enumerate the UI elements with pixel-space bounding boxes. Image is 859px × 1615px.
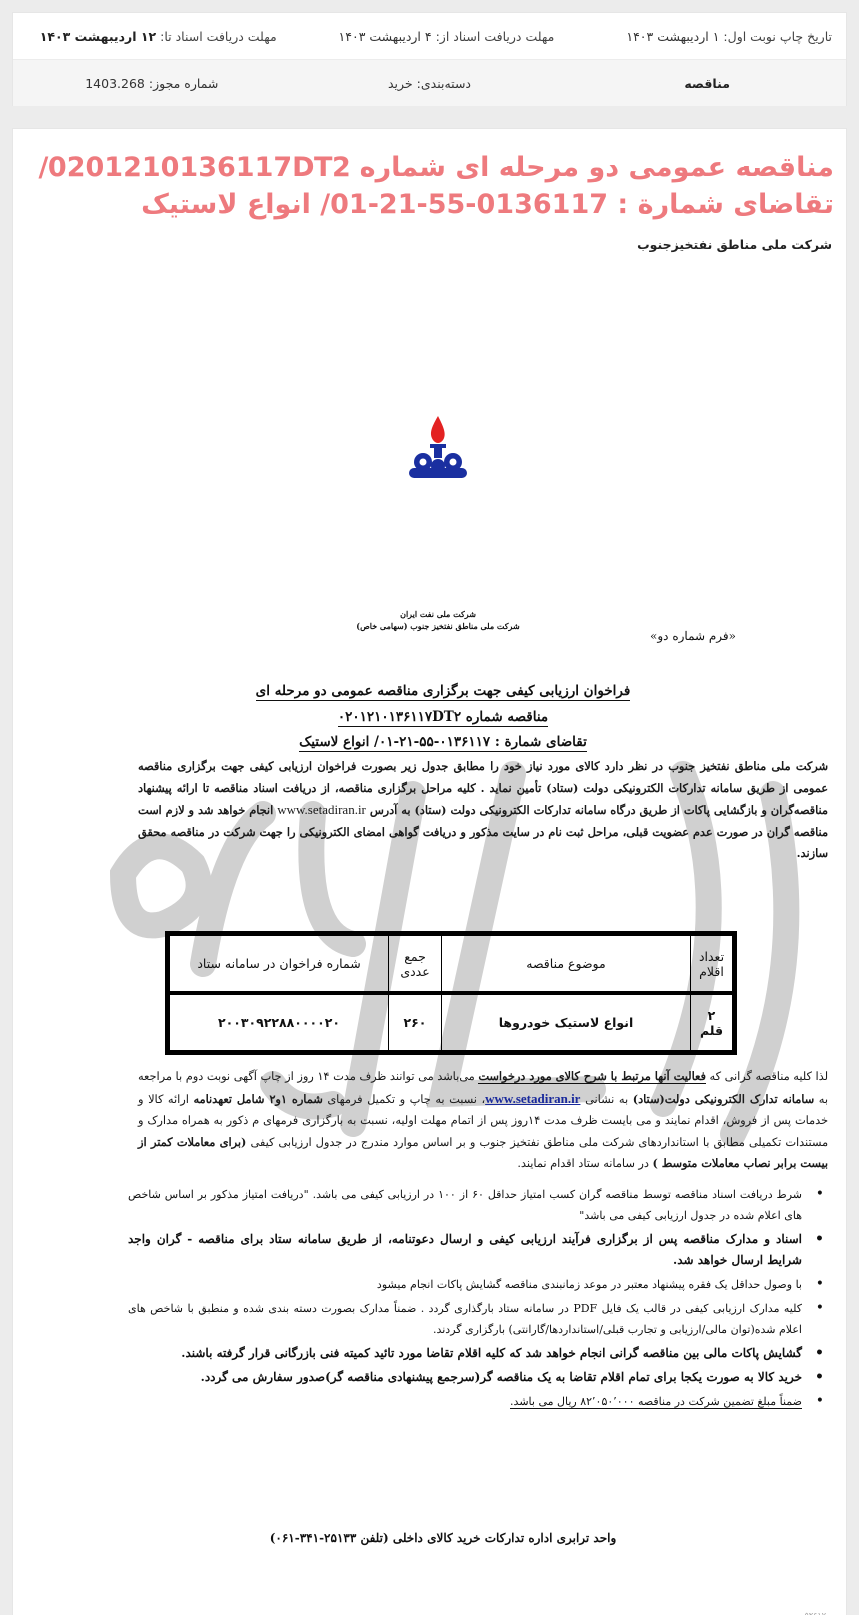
form-number: «فرم شماره دو»	[650, 629, 736, 643]
col-call-number: شماره فراخوان در سامانه ستاد	[168, 934, 389, 994]
doc-request-number: تقاضای شمارة : ۰۱۳۶۱۱۷-۵۵-۲۱-۰۱/ انواع ل…	[193, 734, 693, 750]
list-item: شرط دریافت اسناد مناقصه توسط مناقصه گران…	[128, 1184, 802, 1226]
page-number: ۵۲۶۱۷	[805, 1611, 826, 1615]
col-item-count: تعداد اقلام	[691, 934, 735, 994]
tender-table: تعداد اقلام موضوع مناقصه جمع عددی شماره …	[165, 931, 737, 1055]
list-item: با وصول حداقل یک فقره پیشنهاد معتبر در م…	[128, 1274, 802, 1295]
list-item: گشایش پاکات مالی بین مناقصه گرانی انجام …	[128, 1343, 802, 1364]
list-item: ضمناً مبلغ تضمین شرکت در مناقصه ۸۲٬۰۵۰٬۰…	[128, 1391, 802, 1412]
logo-caption-nisoc: شرکت ملی مناطق نفتخیز جنوب (سهامی خاص)	[338, 621, 538, 631]
tender-type: مناقصه	[568, 76, 846, 91]
scanned-document: شرکت ملی نفت ایران شرکت ملی مناطق نفتخیز…	[13, 269, 846, 1569]
receive-from: مهلت دریافت اسناد از: ۴ اردیبهشت ۱۴۰۳	[291, 29, 569, 44]
receive-to: مهلت دریافت اسناد تا: ۱۲ اردیبهشت ۱۴۰۳	[13, 29, 291, 44]
contact-footer: واحد ترابری اداره تدارکات خرید کالای داخ…	[233, 1531, 653, 1545]
setadiran-url: www.setadiran.ir	[277, 802, 366, 817]
doc-tender-number: مناقصه شماره ۰۲۰۱۲۱۰۱۳۶۱۱۷DT۲	[193, 709, 693, 725]
tender-detail-card: مناقصه عمومی دو مرحله ای شماره 020121013…	[12, 128, 847, 1615]
doc-title: فراخوان ارزیابی کیفی جهت برگزاری مناقصه …	[193, 683, 693, 699]
tender-info-card: تاریخ چاپ نوبت اول: ۱ اردیبهشت ۱۴۰۳ مهلت…	[12, 12, 847, 106]
list-item: خرید کالا به صورت یکجا برای تمام اقلام ت…	[128, 1367, 802, 1388]
setadiran-link[interactable]: www.setadiran.ir	[485, 1091, 580, 1106]
company-name: شرکت ملی مناطق نفتخیزجنوب	[637, 237, 832, 252]
category: دسته‌بندی: خرید	[291, 76, 569, 91]
nioc-logo-icon	[403, 414, 473, 484]
table-header-row: تعداد اقلام موضوع مناقصه جمع عددی شماره …	[168, 934, 735, 994]
col-total: جمع عددی	[389, 934, 442, 994]
license-number: شماره مجوز: 1403.268	[13, 76, 291, 91]
intro-paragraph: شرکت ملی مناطق نفتخیز جنوب در نظر دارد ک…	[138, 756, 828, 865]
conditions-list: شرط دریافت اسناد مناقصه توسط مناقصه گران…	[128, 1184, 828, 1415]
list-item: کلیه مدارک ارزیابی کیفی در قالب یک فایل …	[128, 1298, 802, 1340]
table-row: ۲ قلم انواع لاستیک خودروها ۲۶۰ ۲۰۰۳۰۹۲۲۸…	[168, 993, 735, 1053]
instructions-paragraph: لذا کلیه مناقصه گرانی که فعالیت آنها مرت…	[138, 1066, 828, 1175]
tender-headline: مناقصه عمومی دو مرحله ای شماره 020121013…	[34, 149, 834, 223]
info-row-dates: تاریخ چاپ نوبت اول: ۱ اردیبهشت ۱۴۰۳ مهلت…	[13, 13, 846, 59]
info-row-meta: مناقصه دسته‌بندی: خرید شماره مجوز: 1403.…	[13, 59, 846, 106]
list-item: اسناد و مدارک مناقصه پس از برگزاری فرآین…	[128, 1229, 802, 1271]
print-date: تاریخ چاپ نوبت اول: ۱ اردیبهشت ۱۴۰۳	[568, 29, 846, 44]
logo-caption-nioc: شرکت ملی نفت ایران	[358, 609, 518, 619]
col-subject: موضوع مناقصه	[442, 934, 691, 994]
